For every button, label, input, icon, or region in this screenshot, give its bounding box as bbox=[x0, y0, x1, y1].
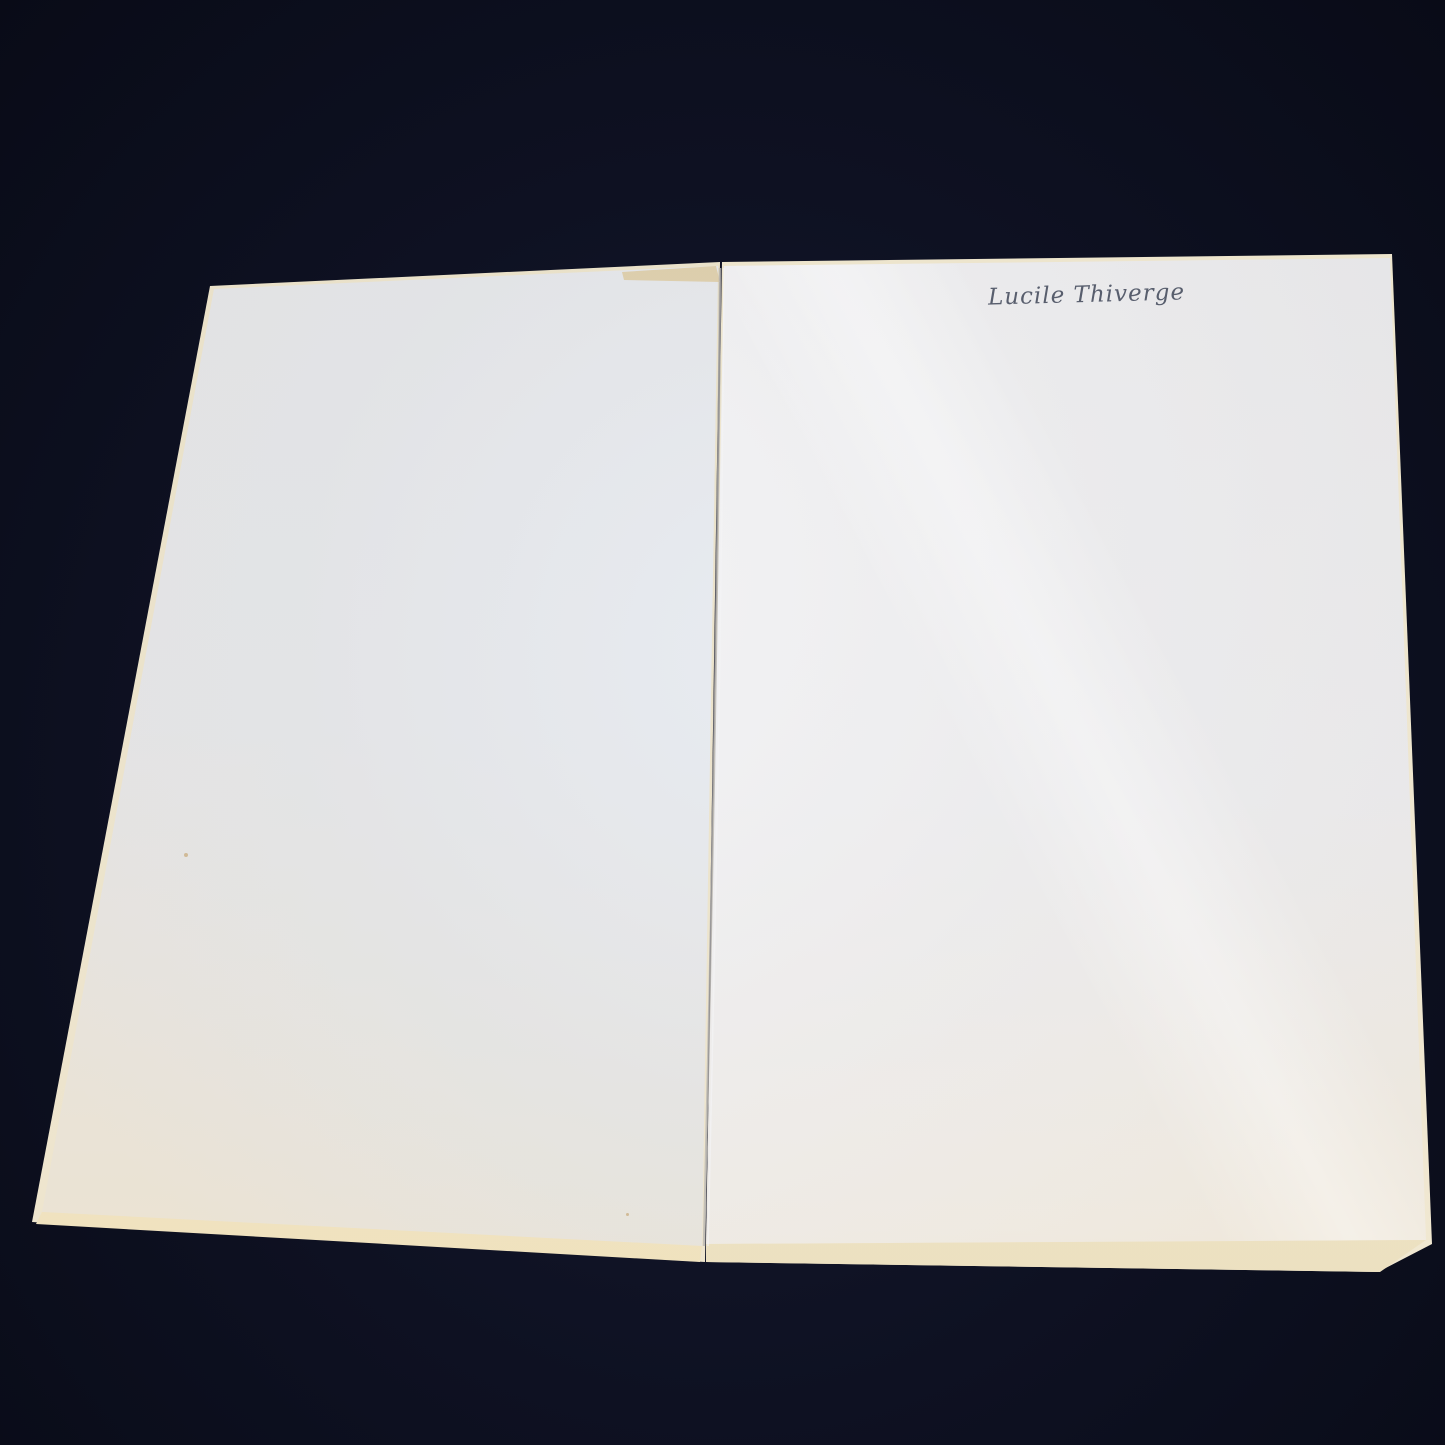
foxing-spot bbox=[626, 1213, 629, 1216]
foxing-spot bbox=[184, 853, 188, 857]
handwritten-name: Lucile Thiverge bbox=[988, 279, 1186, 310]
photo-scene: Lucile Thiverge bbox=[0, 0, 1445, 1445]
spine-hinge bbox=[0, 0, 1445, 1445]
